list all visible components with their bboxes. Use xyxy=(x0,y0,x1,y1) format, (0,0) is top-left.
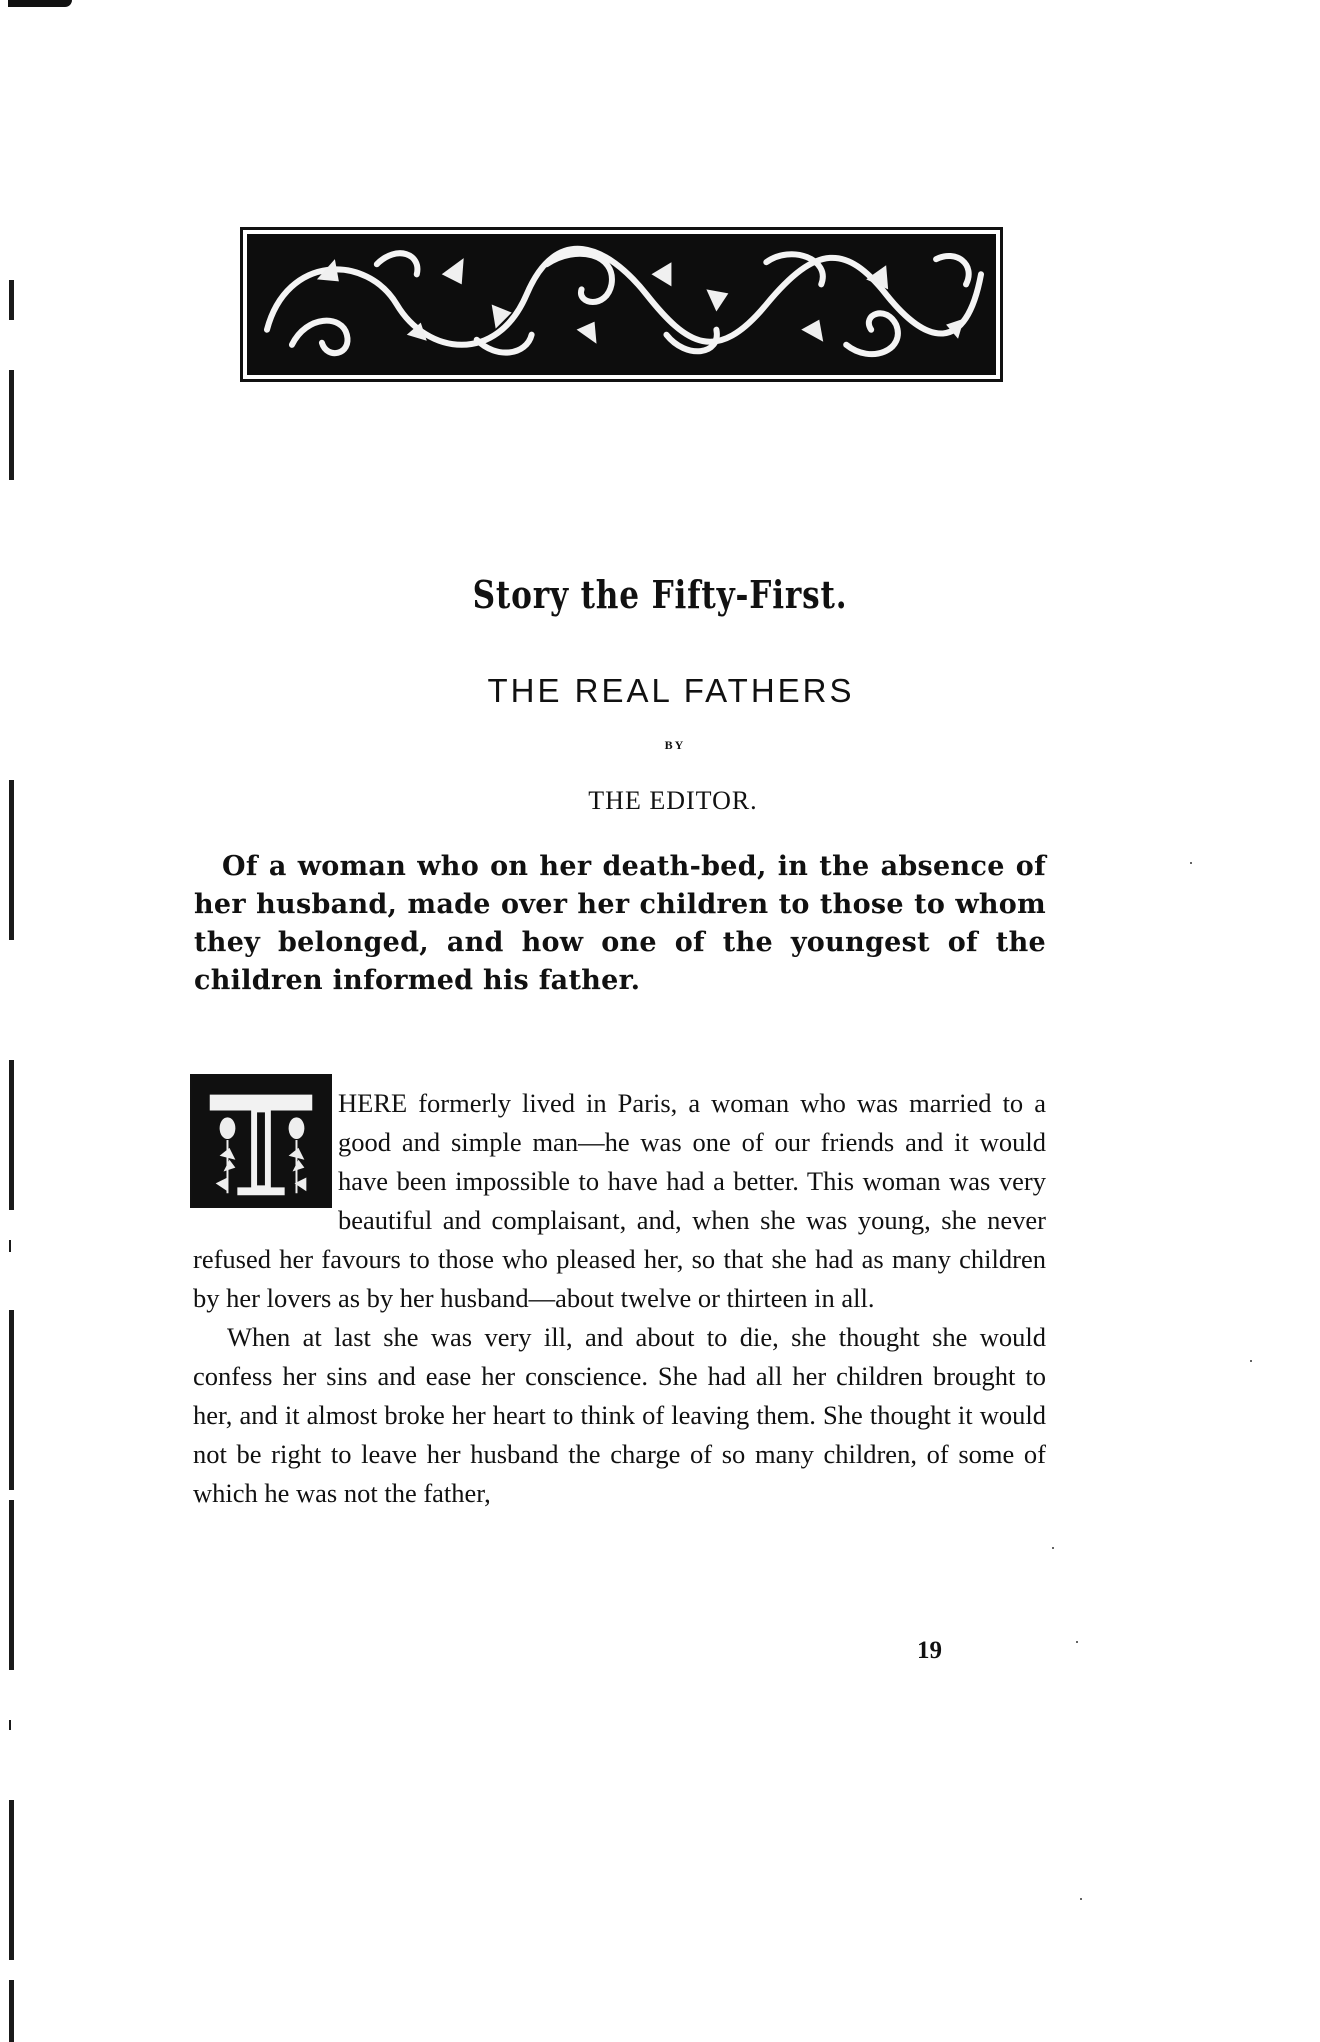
scan-edge-artifact xyxy=(9,1800,14,1960)
by-line: BY xyxy=(0,738,1320,753)
author-line: THE EDITOR. xyxy=(0,786,1320,816)
scan-edge-artifact xyxy=(9,1500,14,1670)
scan-edge-artifact xyxy=(9,1720,11,1730)
scan-speck xyxy=(1190,862,1192,864)
scan-speck xyxy=(1052,1547,1054,1549)
scan-edge-artifact xyxy=(9,1980,14,2042)
story-title: THE REAL FATHERS xyxy=(0,672,1320,710)
paragraph-2: When at last she was very ill, and about… xyxy=(193,1318,1046,1513)
story-body: HERE formerly lived in Paris, a woman wh… xyxy=(193,1084,1046,1513)
scan-speck xyxy=(1080,1898,1082,1900)
scroll-ornament-icon xyxy=(247,234,996,375)
drop-cap-continuation: HERE xyxy=(338,1088,407,1118)
scan-speck xyxy=(1250,1360,1252,1362)
scan-edge-artifact xyxy=(9,1240,11,1252)
story-summary: Of a woman who on her death-bed, in the … xyxy=(194,848,1046,1000)
page-number: 19 xyxy=(917,1637,942,1665)
scan-edge-artifact xyxy=(9,280,14,320)
scan-edge-artifact xyxy=(9,1060,14,1210)
drop-cap-t-icon xyxy=(190,1074,332,1208)
scan-edge-artifact xyxy=(8,0,72,7)
scan-edge-artifact xyxy=(9,1310,14,1490)
story-number-heading: Story the Fifty-First. xyxy=(119,572,1201,617)
ornamental-headpiece xyxy=(240,227,1003,382)
paragraph-1: HERE formerly lived in Paris, a woman wh… xyxy=(193,1084,1046,1318)
scan-edge-artifact xyxy=(9,370,14,480)
scan-speck xyxy=(1076,1641,1078,1643)
